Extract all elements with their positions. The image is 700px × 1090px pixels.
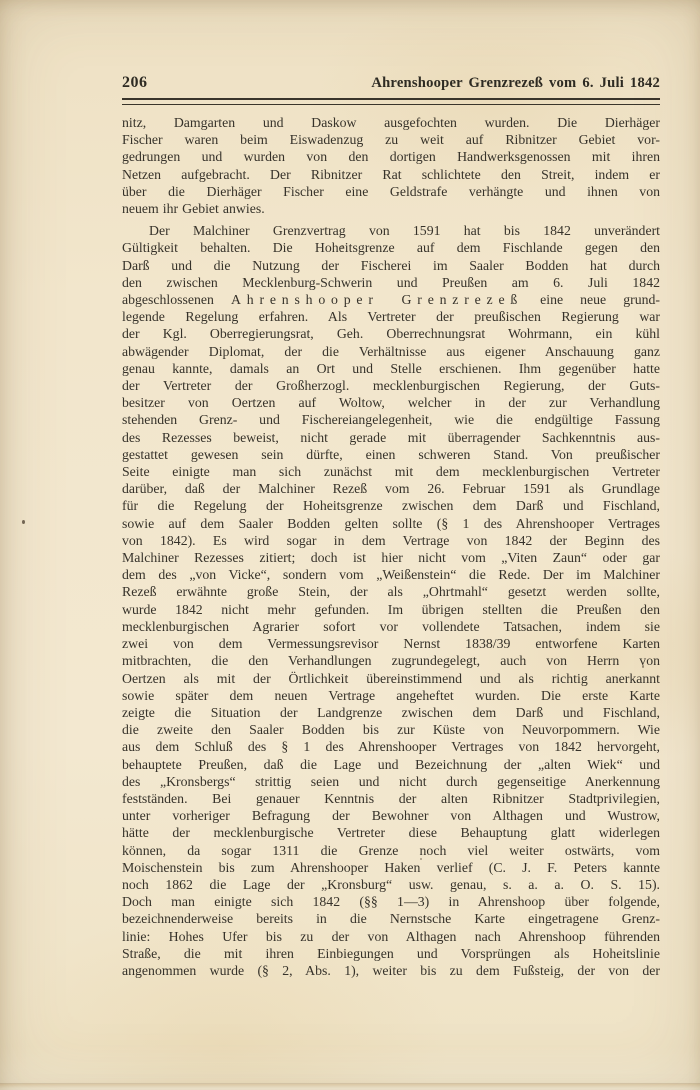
text-line: Seite einigte man sich zunächst mit dem … — [122, 463, 660, 480]
text-line: Der Malchiner Grenzvertrag von 1591 hat … — [122, 222, 660, 239]
text-line: darüber, daß der Malchiner Rezeß vom 26.… — [122, 480, 660, 497]
text-line: nitz, Damgarten und Daskow ausgefochten … — [122, 114, 660, 131]
text-line: von 1842). Es wird sogar in dem Vertrage… — [122, 532, 660, 549]
text-line: behauptete Preußen, daß die Lage und Bez… — [122, 756, 660, 773]
text-line: unter vorheriger Befragung der Bewohner … — [122, 807, 660, 824]
scan-speck — [420, 858, 422, 860]
text-line: Gültigkeit behalten. Die Hoheitsgrenze a… — [122, 239, 660, 256]
text-line: des Rezesses beweist, nicht gerade mit ü… — [122, 429, 660, 446]
text-line: gedrungen und wurden von den dortigen Ha… — [122, 148, 660, 165]
scan-speck — [642, 665, 644, 668]
text-line: den zwischen Mecklenburg-Schwerin und Pr… — [122, 274, 660, 291]
text-body: nitz, Damgarten und Daskow ausgefochten … — [122, 114, 660, 979]
text-line: bezeichnenderweise bereits in die Nernst… — [122, 910, 660, 927]
text-line: abwägender Diplomat, der die Verhältniss… — [122, 343, 660, 360]
text-line: Doch man einigte sich 1842 (§§ 1—3) in A… — [122, 893, 660, 910]
text-line: sowie später dem neuen Vertrage angeheft… — [122, 687, 660, 704]
text-segment: eine neue grund- — [523, 292, 660, 307]
text-line: Darß und die Nutzung der Fischerei im Sa… — [122, 257, 660, 274]
text-line: besitzer von Oertzen auf Woltow, welcher… — [122, 394, 660, 411]
text-line: für die Regelung der Hoheitsgrenze zwisc… — [122, 497, 660, 514]
text-line: aus dem Schluß des § 1 des Ahrenshooper … — [122, 738, 660, 755]
text-line: der Kgl. Oberregierungsrat, Geh. Oberrec… — [122, 325, 660, 342]
header-rule — [122, 98, 660, 105]
page-header: 206 Ahrenshooper Grenzrezeß vom 6. Juli … — [122, 74, 660, 92]
text-line: neuem ihr Gebiet anwies. — [122, 200, 660, 217]
text-line: abgeschlossenen Ahrenshooper Grenzrezeß … — [122, 291, 660, 308]
text-line: Oertzen als mit der Örtlichkeit übereins… — [122, 670, 660, 687]
text-line: mecklenburgischen Agrarier sofort vor vo… — [122, 618, 660, 635]
text-line: der Vertreter der Großherzogl. mecklenbu… — [122, 377, 660, 394]
paragraph: Der Malchiner Grenzvertrag von 1591 hat … — [122, 222, 660, 979]
running-title: Ahrenshooper Grenzrezeß vom 6. Juli 1842 — [371, 75, 660, 92]
page-bottom-edge — [0, 1083, 700, 1090]
text-line: Straße, die mit ihren Einbiegungen und V… — [122, 945, 660, 962]
text-line: mitbrachten, die den Verhandlungen zugru… — [122, 652, 660, 669]
scan-speck — [341, 245, 344, 248]
text-line: können, da sogar 1311 die Grenze noch vi… — [122, 842, 660, 859]
text-line: Netzen aufgebracht. Der Ribnitzer Rat sc… — [122, 166, 660, 183]
text-line: über die Dierhäger Fischer eine Geldstra… — [122, 183, 660, 200]
text-line: zwei von dem Vermessungsrevisor Nernst 1… — [122, 635, 660, 652]
text-line: Moischenstein bis zum Ahrenshooper Haken… — [122, 859, 660, 876]
text-line: Rezeß erwähnte große Stein, der als „Ohr… — [122, 583, 660, 600]
text-line: dem des „von Vicke“, sondern vom „Weißen… — [122, 566, 660, 583]
text-line: angenommen wurde (§ 2, Abs. 1), weiter b… — [122, 962, 660, 979]
text-line: festständen. Bei genauer Kenntnis der al… — [122, 790, 660, 807]
text-line: sowie auf dem Saaler Bodden gelten sollt… — [122, 515, 660, 532]
text-line: stehenden Grenz- und Fischereiangelegenh… — [122, 411, 660, 428]
text-segment: abgeschlossenen — [122, 292, 231, 307]
text-line: genau kannte, damals an Ort und Stelle e… — [122, 360, 660, 377]
paragraph: nitz, Damgarten und Daskow ausgefochten … — [122, 114, 660, 217]
text-line: Malchiner Rezesses zitiert; doch ist hie… — [122, 549, 660, 566]
book-page: 206 Ahrenshooper Grenzrezeß vom 6. Juli … — [0, 0, 700, 1090]
text-line: legende Regelung erfahren. Als Vertreter… — [122, 308, 660, 325]
text-line: zeigte die Situation der Landgrenze zwis… — [122, 704, 660, 721]
text-line: gestattet gewesen sein dürfte, einen sch… — [122, 446, 660, 463]
text-line: linie: Hohes Ufer bis zu der von Althage… — [122, 928, 660, 945]
text-line: hätte der mecklenburgische Vertreter die… — [122, 824, 660, 841]
text-line: die zweite den Saaler Bodden bis zur Küs… — [122, 721, 660, 738]
scan-speck — [22, 520, 25, 524]
letterspaced-phrase: Ahrenshooper Grenzrezeß — [231, 292, 523, 307]
text-line: des „Kronsbergs“ strittig seien und nich… — [122, 773, 660, 790]
text-line: noch 1862 die Lage der „Kronsburg“ usw. … — [122, 876, 660, 893]
text-line: Fischer waren beim Eiswadenzug zu weit a… — [122, 131, 660, 148]
text-line: wurde 1842 nicht mehr gefunden. Im übrig… — [122, 601, 660, 618]
page-number: 206 — [122, 74, 147, 92]
